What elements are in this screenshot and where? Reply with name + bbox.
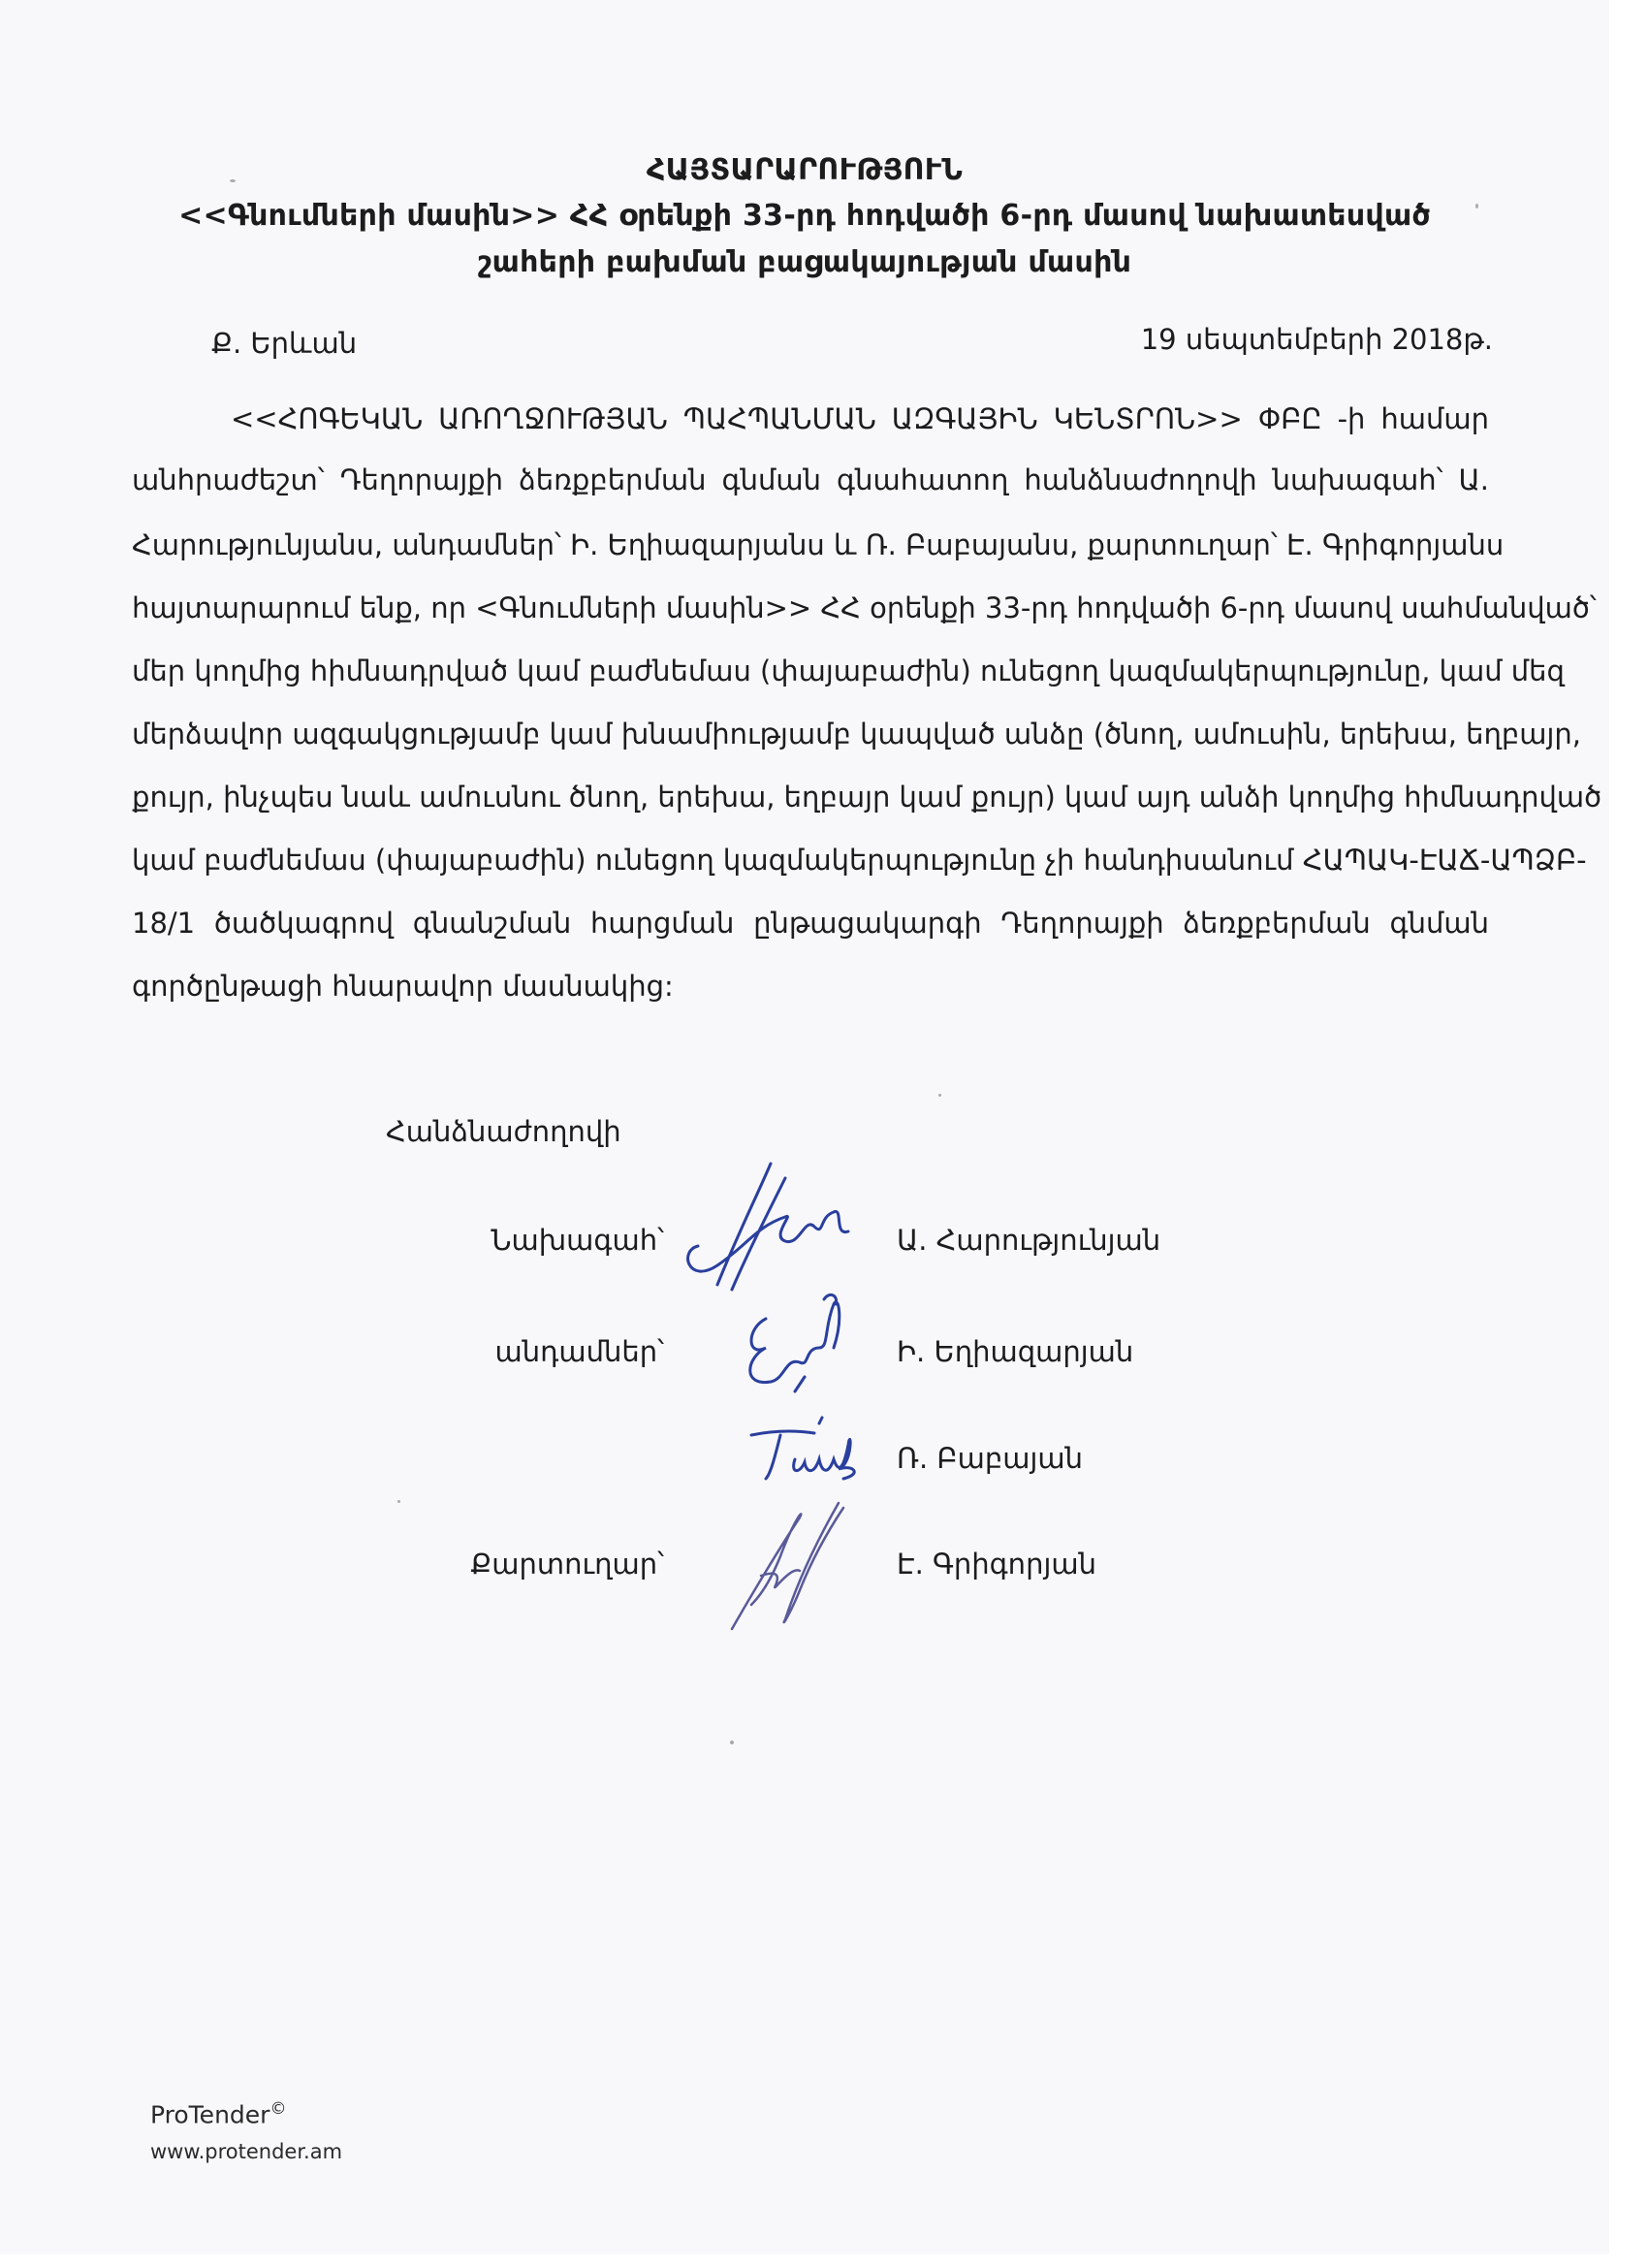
name-secretary: Է. Գրիգորյան bbox=[897, 1548, 1096, 1581]
scan-speck bbox=[1475, 204, 1478, 208]
name-member-1: Ի. Եղիազարյան bbox=[897, 1335, 1133, 1368]
footer-brand-name: ProTender bbox=[150, 2100, 269, 2128]
footer-brand: ProTender© bbox=[150, 2099, 286, 2128]
place-of-issue: Ք. Երևան bbox=[211, 327, 357, 360]
scan-speck bbox=[230, 179, 236, 182]
copyright-icon: © bbox=[269, 2099, 286, 2119]
body-line: մեր կողմից հիմնադրված կամ բաժնեմաս (փայա… bbox=[132, 655, 1489, 687]
body-line: Հարությունյանս, անդամներ՝ Ի. Եղիազարյանս… bbox=[132, 528, 1489, 561]
role-secretary: Քարտուղար՝ bbox=[373, 1548, 664, 1581]
document-subtitle-line-1: <<Գնումների մասին>> ՀՀ օրենքի 33-րդ հոդվ… bbox=[0, 199, 1609, 233]
body-line: <<ՀՈԳԵԿԱՆ ԱՌՈՂՋՈՒԹՅԱՆ ՊԱՀՊԱՆՄԱՆ ԱԶԳԱՅԻՆ … bbox=[231, 402, 1489, 435]
document-subtitle-line-2: շահերի բախման բացակայության մասին bbox=[0, 245, 1609, 279]
body-line: քույր, ինչպես նաև ամուսնու ծնող, երեխա, … bbox=[132, 781, 1489, 814]
name-chairman: Ա. Հարությունյան bbox=[897, 1224, 1160, 1257]
document-title: ՀԱՅՏԱՐԱՐՈՒԹՅՈՒՆ bbox=[0, 153, 1609, 187]
body-line: կամ բաժնեմաս (փայաբաժին) ունեցող կազմակե… bbox=[132, 844, 1489, 877]
document-date: 19 սեպտեմբերի 2018թ. bbox=[1141, 323, 1493, 356]
committee-heading: Հանձնաժողովի bbox=[386, 1115, 621, 1148]
body-line: անհրաժեշտ՝ Դեղորայքի ձեռքբերման գնման գն… bbox=[132, 463, 1489, 496]
name-member-2: Ռ. Բաբայան bbox=[897, 1442, 1083, 1475]
signature-chairman bbox=[679, 1159, 872, 1294]
role-members: անդամներ՝ bbox=[373, 1335, 664, 1368]
body-line: 18/1 ծածկագրով գնանշման հարցման ընթացակա… bbox=[132, 907, 1489, 940]
scan-speck bbox=[730, 1741, 734, 1744]
scan-speck bbox=[397, 1500, 400, 1503]
footer-url[interactable]: www.protender.am bbox=[150, 2140, 342, 2163]
signature-secretary bbox=[722, 1498, 868, 1634]
scan-speck bbox=[938, 1094, 941, 1097]
signature-member-2 bbox=[746, 1416, 872, 1493]
role-chairman: Նախագահ՝ bbox=[373, 1224, 664, 1257]
body-line: գործընթացի հնարավոր մասնակից: bbox=[132, 970, 713, 1003]
body-line: հայտարարում ենք, որ <Գնումների մասին>> Հ… bbox=[132, 591, 1489, 624]
body-line: մերձավոր ազգակցությամբ կամ խնամիությամբ … bbox=[132, 718, 1489, 751]
signature-member-1 bbox=[727, 1290, 853, 1406]
scanned-page: ՀԱՅՏԱՐԱՐՈՒԹՅՈՒՆ <<Գնումների մասին>> ՀՀ օ… bbox=[0, 0, 1609, 2254]
